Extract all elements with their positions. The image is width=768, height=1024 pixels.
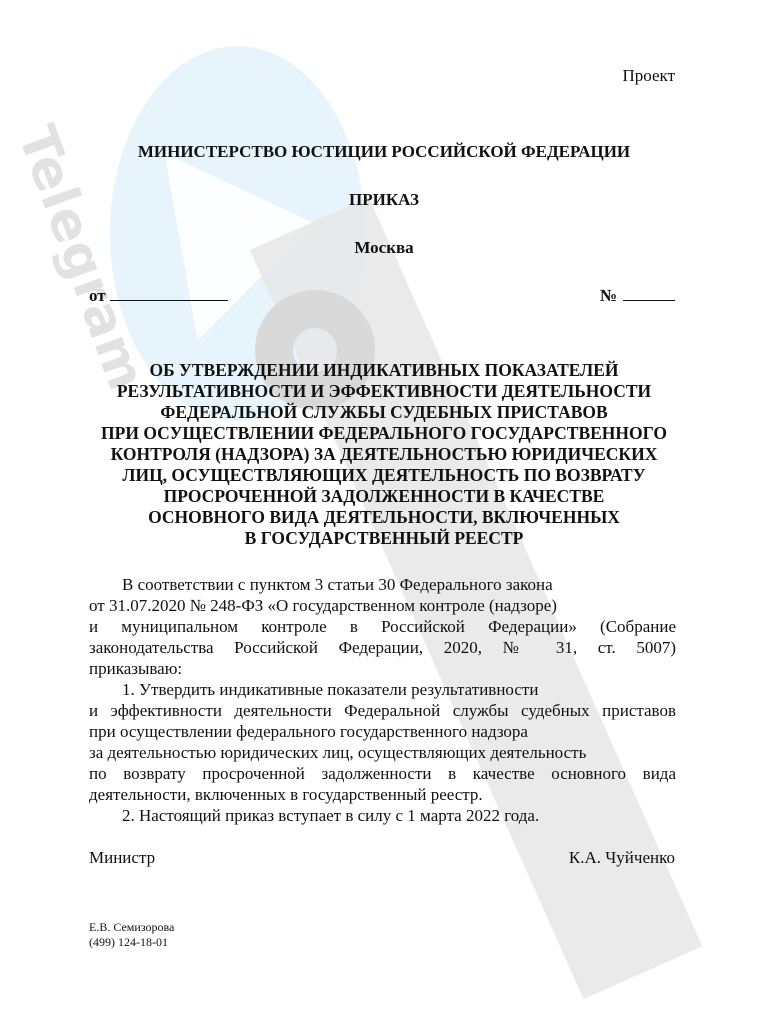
document-type: ПРИКАЗ <box>0 190 768 210</box>
document-city: Москва <box>0 238 768 258</box>
ministry-name: МИНИСТЕРСТВО ЮСТИЦИИ РОССИЙСКОЙ ФЕДЕРАЦИ… <box>0 142 768 162</box>
body-line: приказываю: <box>89 658 676 679</box>
date-blank <box>110 286 228 301</box>
body-line: 1. Утвердить индикативные показатели рез… <box>89 679 676 700</box>
executor-block: Е.В. Семизорова (499) 124-18-01 <box>89 920 174 950</box>
title-line: В ГОСУДАРСТВЕННЫЙ РЕЕСТР <box>89 528 679 549</box>
body-line: от 31.07.2020 № 248-ФЗ «О государственно… <box>89 595 676 616</box>
title-line: ОСНОВНОГО ВИДА ДЕЯТЕЛЬНОСТИ, ВКЛЮЧЕННЫХ <box>89 507 679 528</box>
executor-phone: (499) 124-18-01 <box>89 935 174 950</box>
body-line: при осуществлении федерального государст… <box>89 721 676 742</box>
number-blank <box>623 286 675 301</box>
signer-name: К.А. Чуйченко <box>569 848 675 868</box>
body-line: законодательства Российской Федерации, 2… <box>89 637 676 658</box>
body-line: В соответствии с пунктом 3 статьи 30 Фед… <box>89 574 676 595</box>
number-label: № <box>600 286 617 305</box>
body-line: и муниципальном контроле в Российской Фе… <box>89 616 676 637</box>
document-title: ОБ УТВЕРЖДЕНИИ ИНДИКАТИВНЫХ ПОКАЗАТЕЛЕЙ … <box>89 360 679 549</box>
executor-name: Е.В. Семизорова <box>89 920 174 935</box>
date-field: от <box>89 286 228 306</box>
body-line: за деятельностью юридических лиц, осущес… <box>89 742 676 763</box>
signer-role: Министр <box>89 848 155 868</box>
body-line: деятельности, включенных в государственн… <box>89 784 676 805</box>
title-line: РЕЗУЛЬТАТИВНОСТИ И ЭФФЕКТИВНОСТИ ДЕЯТЕЛЬ… <box>89 381 679 402</box>
title-line: ОБ УТВЕРЖДЕНИИ ИНДИКАТИВНЫХ ПОКАЗАТЕЛЕЙ <box>89 360 679 381</box>
body-line: и эффективности деятельности Федеральной… <box>89 700 676 721</box>
title-line: ФЕДЕРАЛЬНОЙ СЛУЖБЫ СУДЕБНЫХ ПРИСТАВОВ <box>89 402 679 423</box>
date-label: от <box>89 286 106 305</box>
document-body: В соответствии с пунктом 3 статьи 30 Фед… <box>89 574 676 826</box>
number-field: № <box>600 286 675 306</box>
title-line: ПРОСРОЧЕННОЙ ЗАДОЛЖЕННОСТИ В КАЧЕСТВЕ <box>89 486 679 507</box>
title-line: ЛИЦ, ОСУЩЕСТВЛЯЮЩИХ ДЕЯТЕЛЬНОСТЬ ПО ВОЗВ… <box>89 465 679 486</box>
title-line: КОНТРОЛЯ (НАДЗОРА) ЗА ДЕЯТЕЛЬНОСТЬЮ ЮРИД… <box>89 444 679 465</box>
document-page: Проект МИНИСТЕРСТВО ЮСТИЦИИ РОССИЙСКОЙ Ф… <box>0 0 768 1024</box>
body-line: 2. Настоящий приказ вступает в силу с 1 … <box>89 805 676 826</box>
title-line: ПРИ ОСУЩЕСТВЛЕНИИ ФЕДЕРАЛЬНОГО ГОСУДАРСТ… <box>89 423 679 444</box>
body-line: по возврату просроченной задолженности в… <box>89 763 676 784</box>
draft-status: Проект <box>623 66 676 86</box>
